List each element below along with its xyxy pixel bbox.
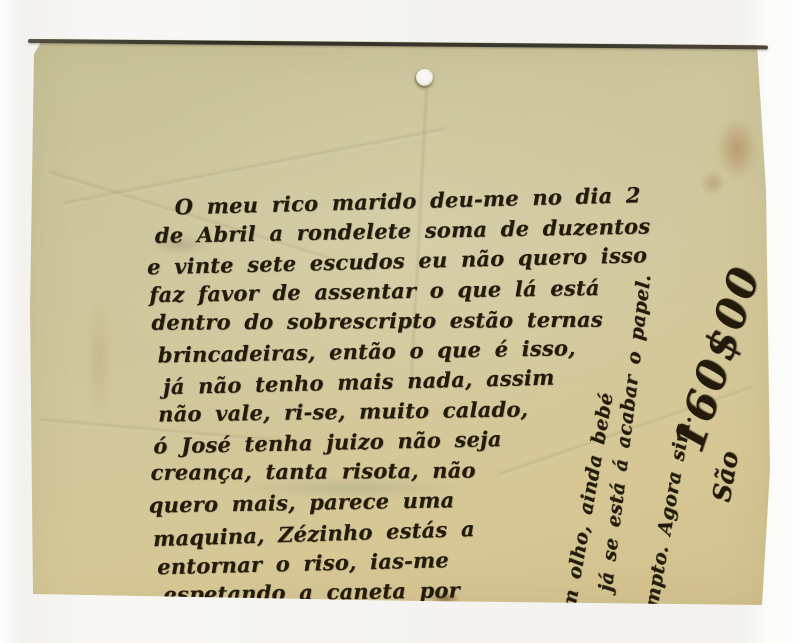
- letter-paper: O meu rico marido deu-me no dia 2de Abri…: [0, 0, 800, 643]
- ink-stain: [700, 170, 726, 196]
- paper-discoloration: [86, 300, 112, 420]
- punch-hole: [416, 69, 433, 86]
- ink-stain: [716, 118, 758, 180]
- scanned-letter: O meu rico marido deu-me no dia 2de Abri…: [0, 0, 800, 643]
- amount-prefix: São: [707, 449, 744, 504]
